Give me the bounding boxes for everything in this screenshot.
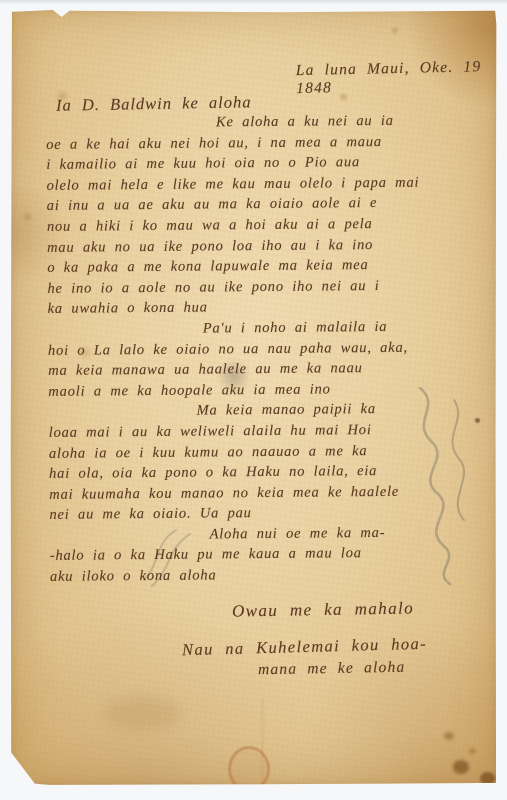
letter-body: Ke aloha a ku nei au iaoe a ke hai aku n… (46, 110, 480, 587)
letter-closing: Owau me ka mahalo (232, 598, 414, 621)
scanned-letter-page: { "document_type": "handwritten letter (… (0, 0, 507, 800)
letter-paper-sheet: La luna Maui, Oke. 19 1848 Ia D. Baldwin… (10, 8, 497, 786)
letter-line: olelo mai hela e like me kau mau olelo i… (46, 172, 476, 196)
scanner-edge-shadow (0, 0, 507, 5)
foxing-spot (444, 732, 454, 740)
letter-dateline: La luna Maui, Oke. 19 1848 (296, 58, 498, 98)
foxing-spot (392, 28, 398, 33)
foxing-spot (469, 748, 476, 754)
ring-stain (228, 746, 270, 792)
foxing-spot (453, 760, 469, 774)
paper-crease (262, 698, 263, 786)
letter-signature-line2: mana me ke aloha (258, 659, 406, 680)
letter-line: aku iloko o kona aloha (50, 563, 480, 587)
letter-signature: Nau na Kuhelemai kou hoa- (182, 634, 428, 660)
water-stain-patch (105, 696, 180, 730)
foxing-spot (480, 772, 495, 785)
foxing-spot (24, 213, 31, 220)
